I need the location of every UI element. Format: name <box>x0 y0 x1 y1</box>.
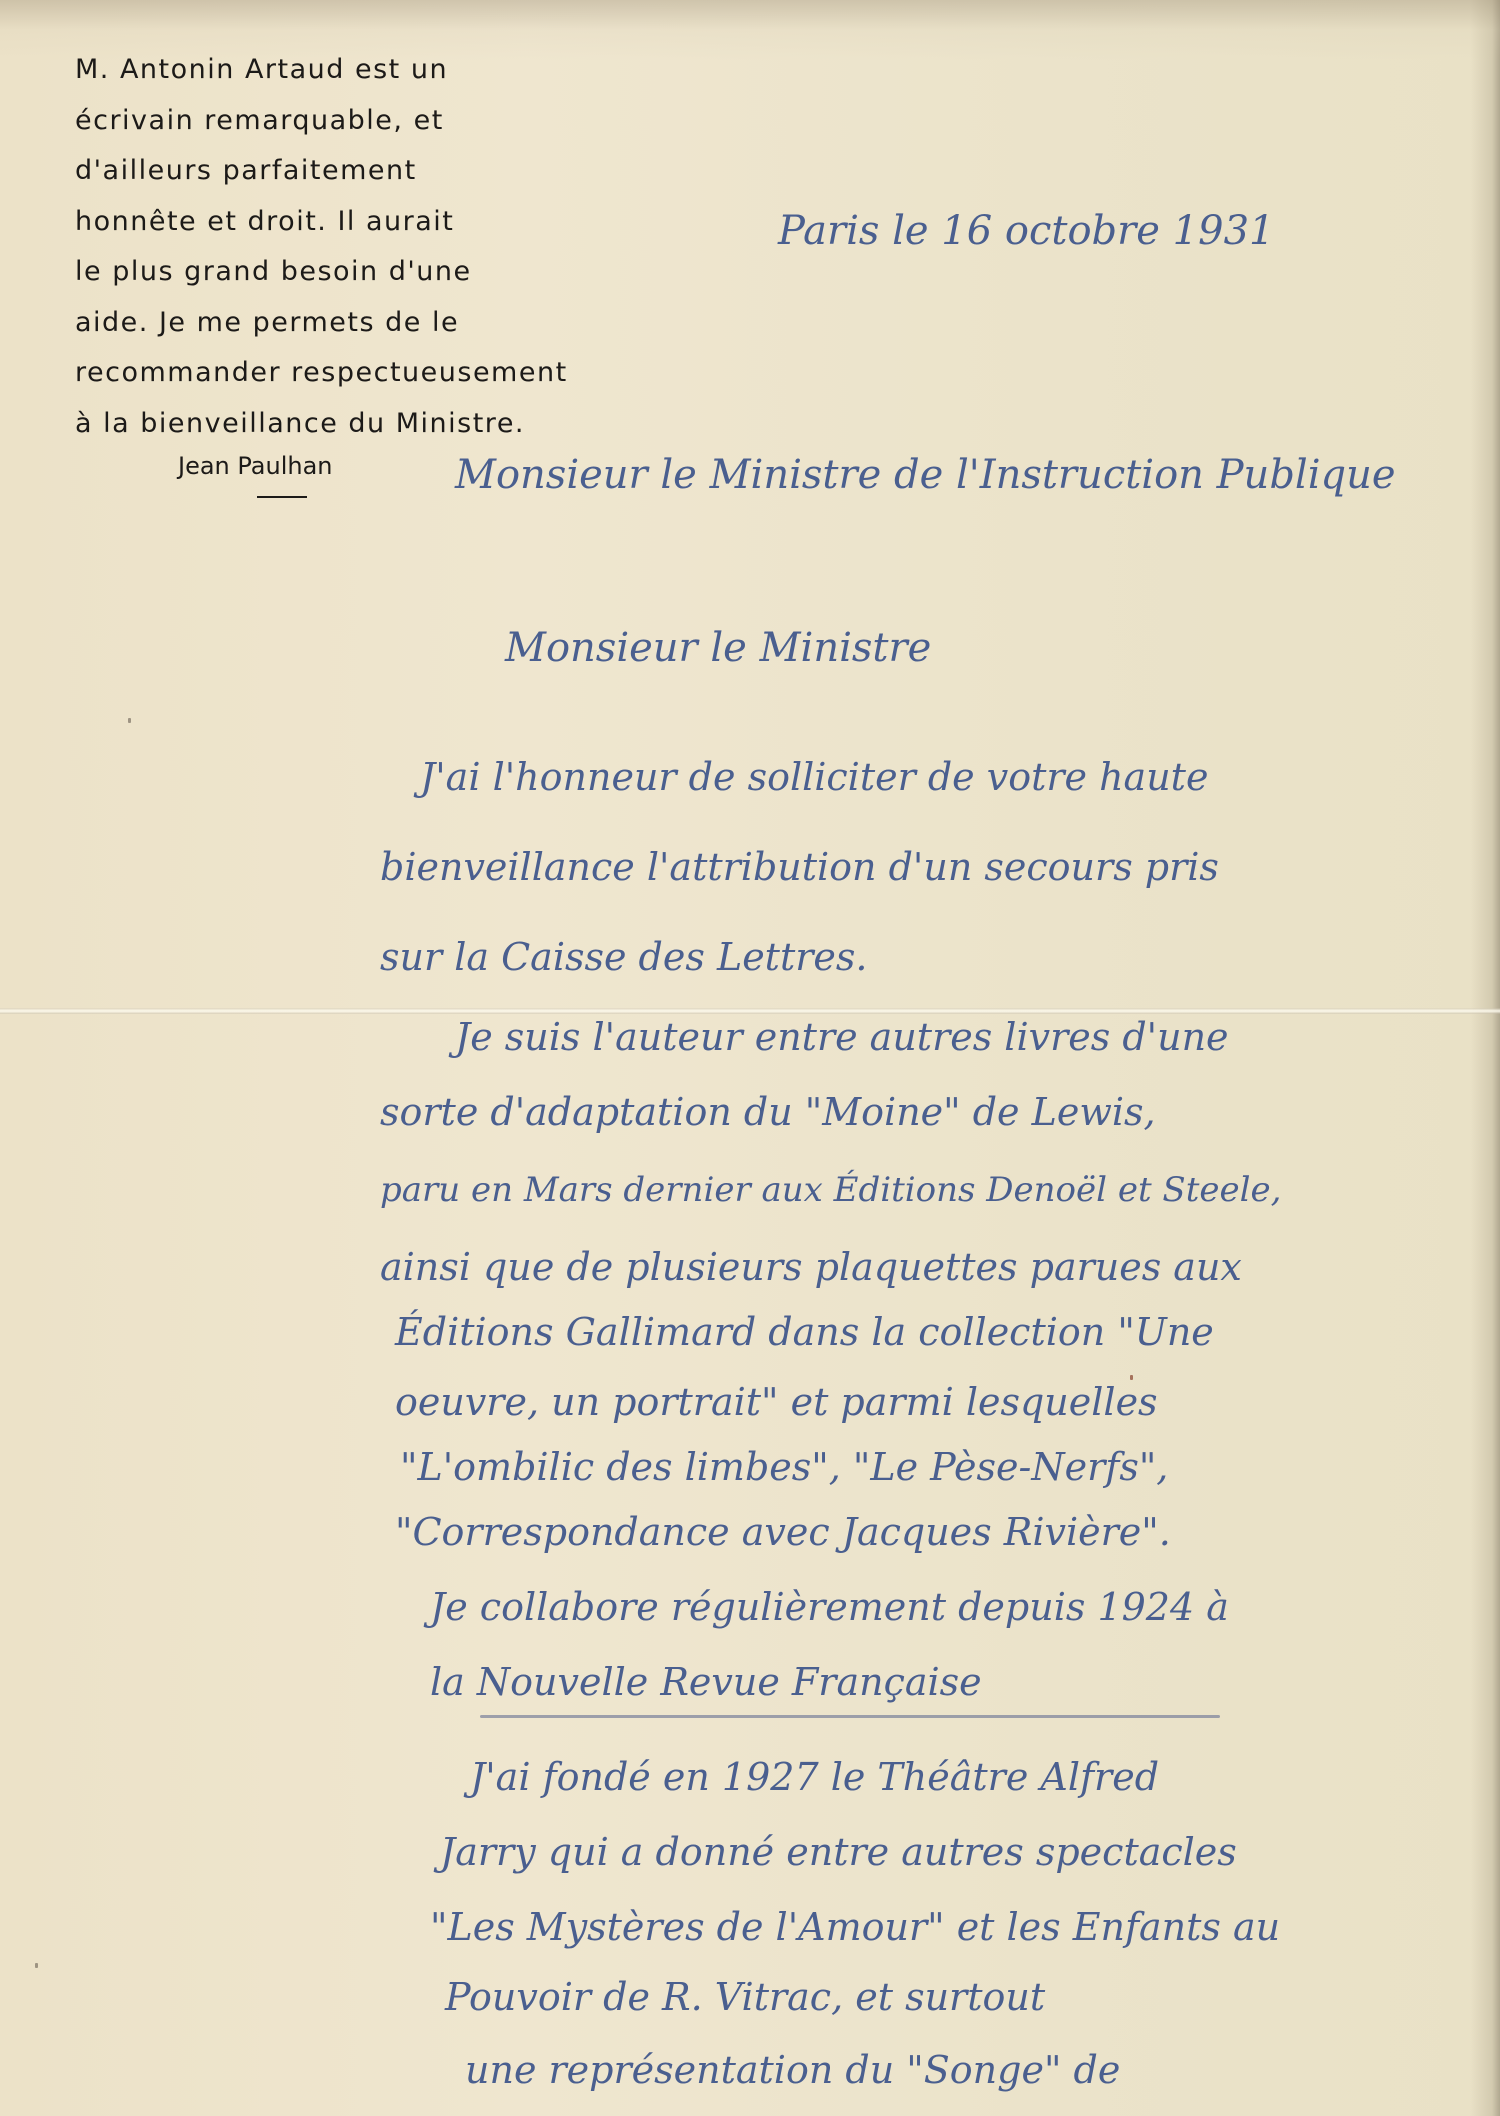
underline-stroke <box>480 1715 1220 1718</box>
note-line: honnête et droit. Il aurait <box>75 197 675 248</box>
letter-body-line: Éditions Gallimard dans la collection "U… <box>395 1310 1214 1354</box>
note-line: aide. Je me permets de le <box>75 298 675 349</box>
letter-body-line: "L'ombilic des limbes", "Le Pèse-Nerfs", <box>400 1445 1168 1489</box>
letter-body-line: sorte d'adaptation du "Moine" de Lewis, <box>380 1090 1156 1134</box>
note-line: le plus grand besoin d'une <box>75 247 675 298</box>
letter-body-line: J'ai l'honneur de solliciter de votre ha… <box>420 755 1208 799</box>
letter-salutation: Monsieur le Ministre <box>505 625 931 671</box>
paper-fold-crease <box>0 1008 1500 1014</box>
letter-body-line: paru en Mars dernier aux Éditions Denoël… <box>380 1170 1281 1210</box>
paper-speck <box>35 1963 38 1968</box>
letter-body-line: Pouvoir de R. Vitrac, et surtout <box>445 1975 1045 2019</box>
note-line: M. Antonin Artaud est un <box>75 45 675 96</box>
letter-body-line: ainsi que de plusieurs plaquettes parues… <box>380 1245 1242 1289</box>
letter-date: Paris le 16 octobre 1931 <box>778 208 1274 254</box>
letter-body-line: oeuvre, un portrait" et parmi lesquelles <box>395 1380 1158 1424</box>
letter-body-line: Jarry qui a donné entre autres spectacle… <box>440 1830 1237 1874</box>
note-line: d'ailleurs parfaitement <box>75 146 675 197</box>
letter-body-line: bienveillance l'attribution d'un secours… <box>380 845 1219 889</box>
letter-body-line: "Les Mystères de l'Amour" et les Enfants… <box>430 1905 1280 1949</box>
letter-body-line: Je collabore régulièrement depuis 1924 à <box>430 1585 1229 1629</box>
note-line: recommander respectueusement <box>75 348 675 399</box>
note-line: écrivain remarquable, et <box>75 96 675 147</box>
note-line: à la bienveillance du Ministre. <box>75 399 675 450</box>
letter-body-line: sur la Caisse des Lettres. <box>380 935 867 979</box>
letter-body-line: J'ai fondé en 1927 le Théâtre Alfred <box>470 1755 1159 1799</box>
letter-body-line: "Correspondance avec Jacques Rivière". <box>395 1510 1171 1554</box>
letter-addressee: Monsieur le Ministre de l'Instruction Pu… <box>455 452 1396 498</box>
recommendation-note: M. Antonin Artaud est un écrivain remarq… <box>75 45 675 449</box>
signature-underline <box>257 496 307 498</box>
paper-speck <box>128 718 131 723</box>
note-signature: Jean Paulhan <box>178 452 333 480</box>
letter-body-line: la Nouvelle Revue Française <box>430 1660 982 1704</box>
letter-body-line: Je suis l'auteur entre autres livres d'u… <box>455 1015 1229 1059</box>
letter-body-line: une représentation du "Songe" de <box>465 2048 1120 2092</box>
